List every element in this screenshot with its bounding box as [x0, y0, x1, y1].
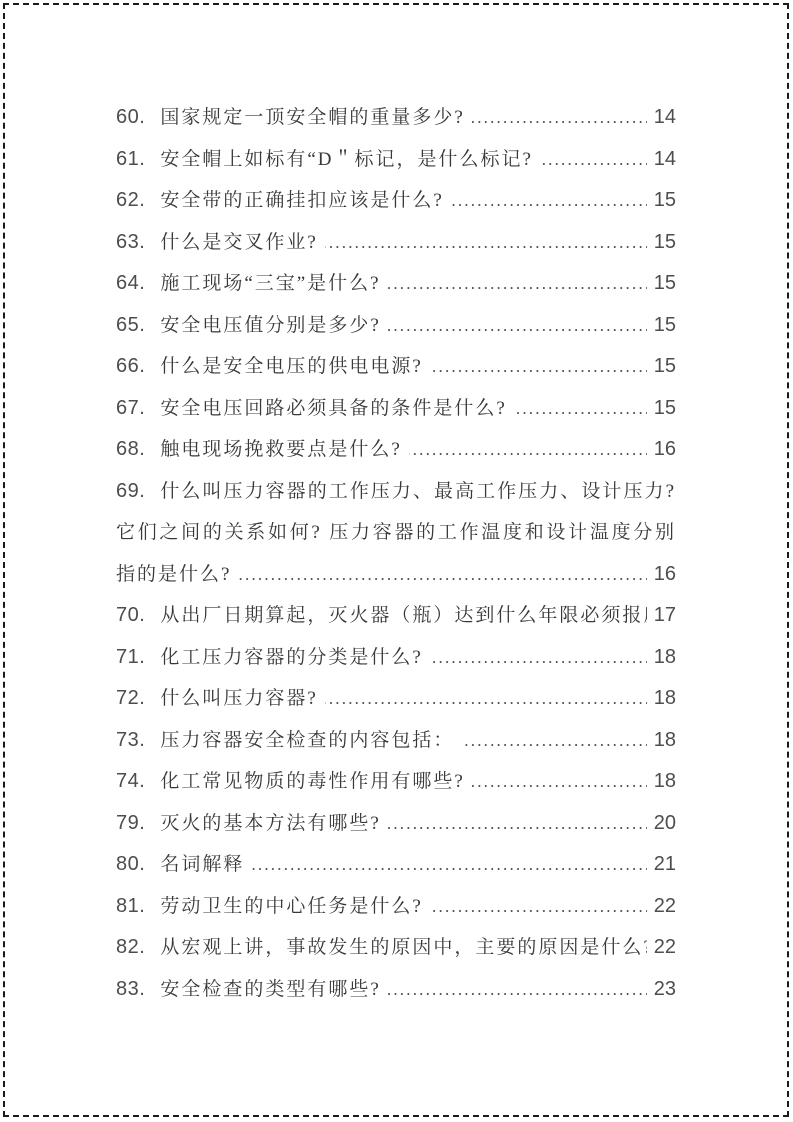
toc-entry-number: 63. [116, 231, 160, 253]
toc-entry-text: 66.什么是安全电压的供电电源? [116, 356, 430, 377]
toc-entry-number: 69. [116, 480, 160, 502]
toc-entry-text: 63.什么是交叉作业? [116, 232, 325, 253]
toc-entry-number: 67. [116, 397, 160, 419]
toc-entry-page: 16 [647, 429, 676, 471]
toc-entry-title: 什么叫压力容器? [160, 688, 317, 709]
toc-entry-text: 72.什么叫压力容器? [116, 688, 325, 709]
toc-entry: 64.施工现场“三宝”是什么?15 [116, 263, 676, 305]
toc-entry-text: 62.安全带的正确挂扣应该是什么? [116, 190, 451, 211]
toc-entry-title: 什么是安全电压的供电电源? [160, 356, 422, 377]
toc-entry: 63.什么是交叉作业?15 [116, 222, 676, 264]
toc-entry: 71.化工压力容器的分类是什么?18 [116, 637, 676, 679]
toc-entry-number: 64. [116, 272, 160, 294]
toc-entry: 81.劳动卫生的中心任务是什么?22 [116, 886, 676, 928]
toc-entry-number: 61. [116, 148, 160, 170]
toc-entry-page: 15 [647, 222, 676, 264]
toc-entry-page: 22 [647, 886, 676, 928]
toc-entry-title: 安全检查的类型有哪些? [160, 979, 380, 1000]
toc-entry-title: 国家规定一顶安全帽的重量多少? [160, 107, 464, 128]
toc-entry-text: 82.从宏观上讲，事故发生的原因中，主要的原因是什么? [116, 937, 661, 958]
toc-entry-number: 81. [116, 895, 160, 917]
toc-entry-number: 66. [116, 355, 160, 377]
toc-entry: 62.安全带的正确挂扣应该是什么?15 [116, 180, 676, 222]
toc-entry-title: 化工常见物质的毒性作用有哪些? [160, 771, 464, 792]
toc-entry-title: 名词解释 [160, 854, 244, 875]
toc-entry-page: 22 [647, 927, 676, 969]
toc-entry-title: 从宏观上讲，事故发生的原因中，主要的原因是什么? [160, 937, 653, 958]
toc-entry-page: 15 [647, 180, 676, 222]
toc-entry-page: 18 [647, 637, 676, 679]
toc-entry-number: 72. [116, 687, 160, 709]
toc-entry: 60.国家规定一顶安全帽的重量多少?14 [116, 97, 676, 139]
toc-entry-title: 触电现场挽救要点是什么? [160, 439, 401, 460]
toc-entry-number: 71. [116, 646, 160, 668]
toc-entry: 72.什么叫压力容器?18 [116, 678, 676, 720]
toc-entry-title: 化工压力容器的分类是什么? [160, 647, 422, 668]
toc-entry: 73.压力容器安全检查的内容包括：18 [116, 720, 676, 762]
toc-entry-text: 60.国家规定一顶安全帽的重量多少? [116, 107, 472, 128]
toc-entry-page: 15 [647, 305, 676, 347]
toc-entry-page: 17 [647, 595, 676, 637]
toc-entry: 82.从宏观上讲，事故发生的原因中，主要的原因是什么?22 [116, 927, 676, 969]
toc-entry-title: 安全带的正确挂扣应该是什么? [160, 190, 443, 211]
toc-entry-title: 安全电压值分别是多少? [160, 315, 380, 336]
toc-entry-page: 21 [647, 844, 676, 886]
toc-entry-title: 什么是交叉作业? [160, 232, 317, 253]
toc-entry: 67.安全电压回路必须具备的条件是什么?15 [116, 388, 676, 430]
toc-entry-page: 18 [647, 678, 676, 720]
toc-entry-text: 64.施工现场“三宝”是什么? [116, 273, 388, 294]
toc-entry-text: 71.化工压力容器的分类是什么? [116, 647, 430, 668]
toc-entry-text: 81.劳动卫生的中心任务是什么? [116, 896, 430, 917]
toc-entry-text: 73.压力容器安全检查的内容包括： [116, 730, 461, 751]
toc-entry-text: 79.灭火的基本方法有哪些? [116, 813, 388, 834]
toc-entry-text: 68.触电现场挽救要点是什么? [116, 439, 409, 460]
toc-entry: 68.触电现场挽救要点是什么?16 [116, 429, 676, 471]
toc-entry-page: 20 [647, 803, 676, 845]
toc-entry-title: 施工现场“三宝”是什么? [160, 273, 380, 294]
toc-entry-number: 68. [116, 438, 160, 460]
toc-entry: 79.灭火的基本方法有哪些?20 [116, 803, 676, 845]
toc-entry-page: 15 [647, 388, 676, 430]
toc-entry: 69.什么叫压力容器的工作压力、最高工作压力、设计压力? 它们之间的关系如何? … [116, 471, 676, 596]
toc-entry-number: 65. [116, 314, 160, 336]
toc-entry-text: 70.从出厂日期算起，灭火器（瓶）达到什么年限必须报废? [116, 605, 682, 626]
toc-entry-page: 15 [647, 263, 676, 305]
toc-entry-number: 74. [116, 770, 160, 792]
toc-entry: 83.安全检查的类型有哪些?23 [116, 969, 676, 1011]
toc-entry-text: 80.名词解释 [116, 854, 251, 875]
toc-entry-page: 16 [647, 554, 676, 596]
toc-entry-text: 65.安全电压值分别是多少? [116, 315, 388, 336]
toc-entry-number: 73. [116, 729, 160, 751]
toc-entry-title: 劳动卫生的中心任务是什么? [160, 896, 422, 917]
toc-entry-page: 15 [647, 346, 676, 388]
toc-entry-number: 70. [116, 604, 160, 626]
toc-entry-number: 80. [116, 853, 160, 875]
toc-list: 60.国家规定一顶安全帽的重量多少?1461.安全帽上如标有“D＂标记，是什么标… [116, 97, 676, 1010]
toc-entry-page: 18 [647, 761, 676, 803]
toc-entry-text: 74.化工常见物质的毒性作用有哪些? [116, 771, 472, 792]
toc-entry-number: 60. [116, 106, 160, 128]
toc-entry: 66.什么是安全电压的供电电源?15 [116, 346, 676, 388]
toc-entry-page: 14 [647, 97, 676, 139]
toc-entry: 70.从出厂日期算起，灭火器（瓶）达到什么年限必须报废?17 [116, 595, 676, 637]
toc-entry-text: 61.安全帽上如标有“D＂标记，是什么标记? [116, 149, 540, 170]
toc-entry-page: 18 [647, 720, 676, 762]
toc-entry-number: 79. [116, 812, 160, 834]
toc-entry-number: 82. [116, 936, 160, 958]
toc-entry-title: 安全电压回路必须具备的条件是什么? [160, 398, 506, 419]
toc-entry-page: 23 [647, 969, 676, 1011]
toc-entry-title: 安全帽上如标有“D＂标记，是什么标记? [160, 149, 533, 170]
toc-entry-number: 62. [116, 189, 160, 211]
toc-entry-page: 14 [647, 139, 676, 181]
toc-entry-text: 67.安全电压回路必须具备的条件是什么? [116, 398, 514, 419]
toc-entry: 65.安全电压值分别是多少?15 [116, 305, 676, 347]
toc-entry-title: 灭火的基本方法有哪些? [160, 813, 380, 834]
toc-entry-number: 83. [116, 978, 160, 1000]
toc-entry-text: 83.安全检查的类型有哪些? [116, 979, 388, 1000]
document-page: 60.国家规定一顶安全帽的重量多少?1461.安全帽上如标有“D＂标记，是什么标… [0, 0, 793, 1122]
toc-entry: 61.安全帽上如标有“D＂标记，是什么标记?14 [116, 139, 676, 181]
toc-entry-title: 从出厂日期算起，灭火器（瓶）达到什么年限必须报废? [160, 605, 674, 626]
toc-entry: 80.名词解释21 [116, 844, 676, 886]
toc-entry: 74.化工常见物质的毒性作用有哪些?18 [116, 761, 676, 803]
toc-entry-title: 压力容器安全检查的内容包括： [160, 730, 454, 751]
